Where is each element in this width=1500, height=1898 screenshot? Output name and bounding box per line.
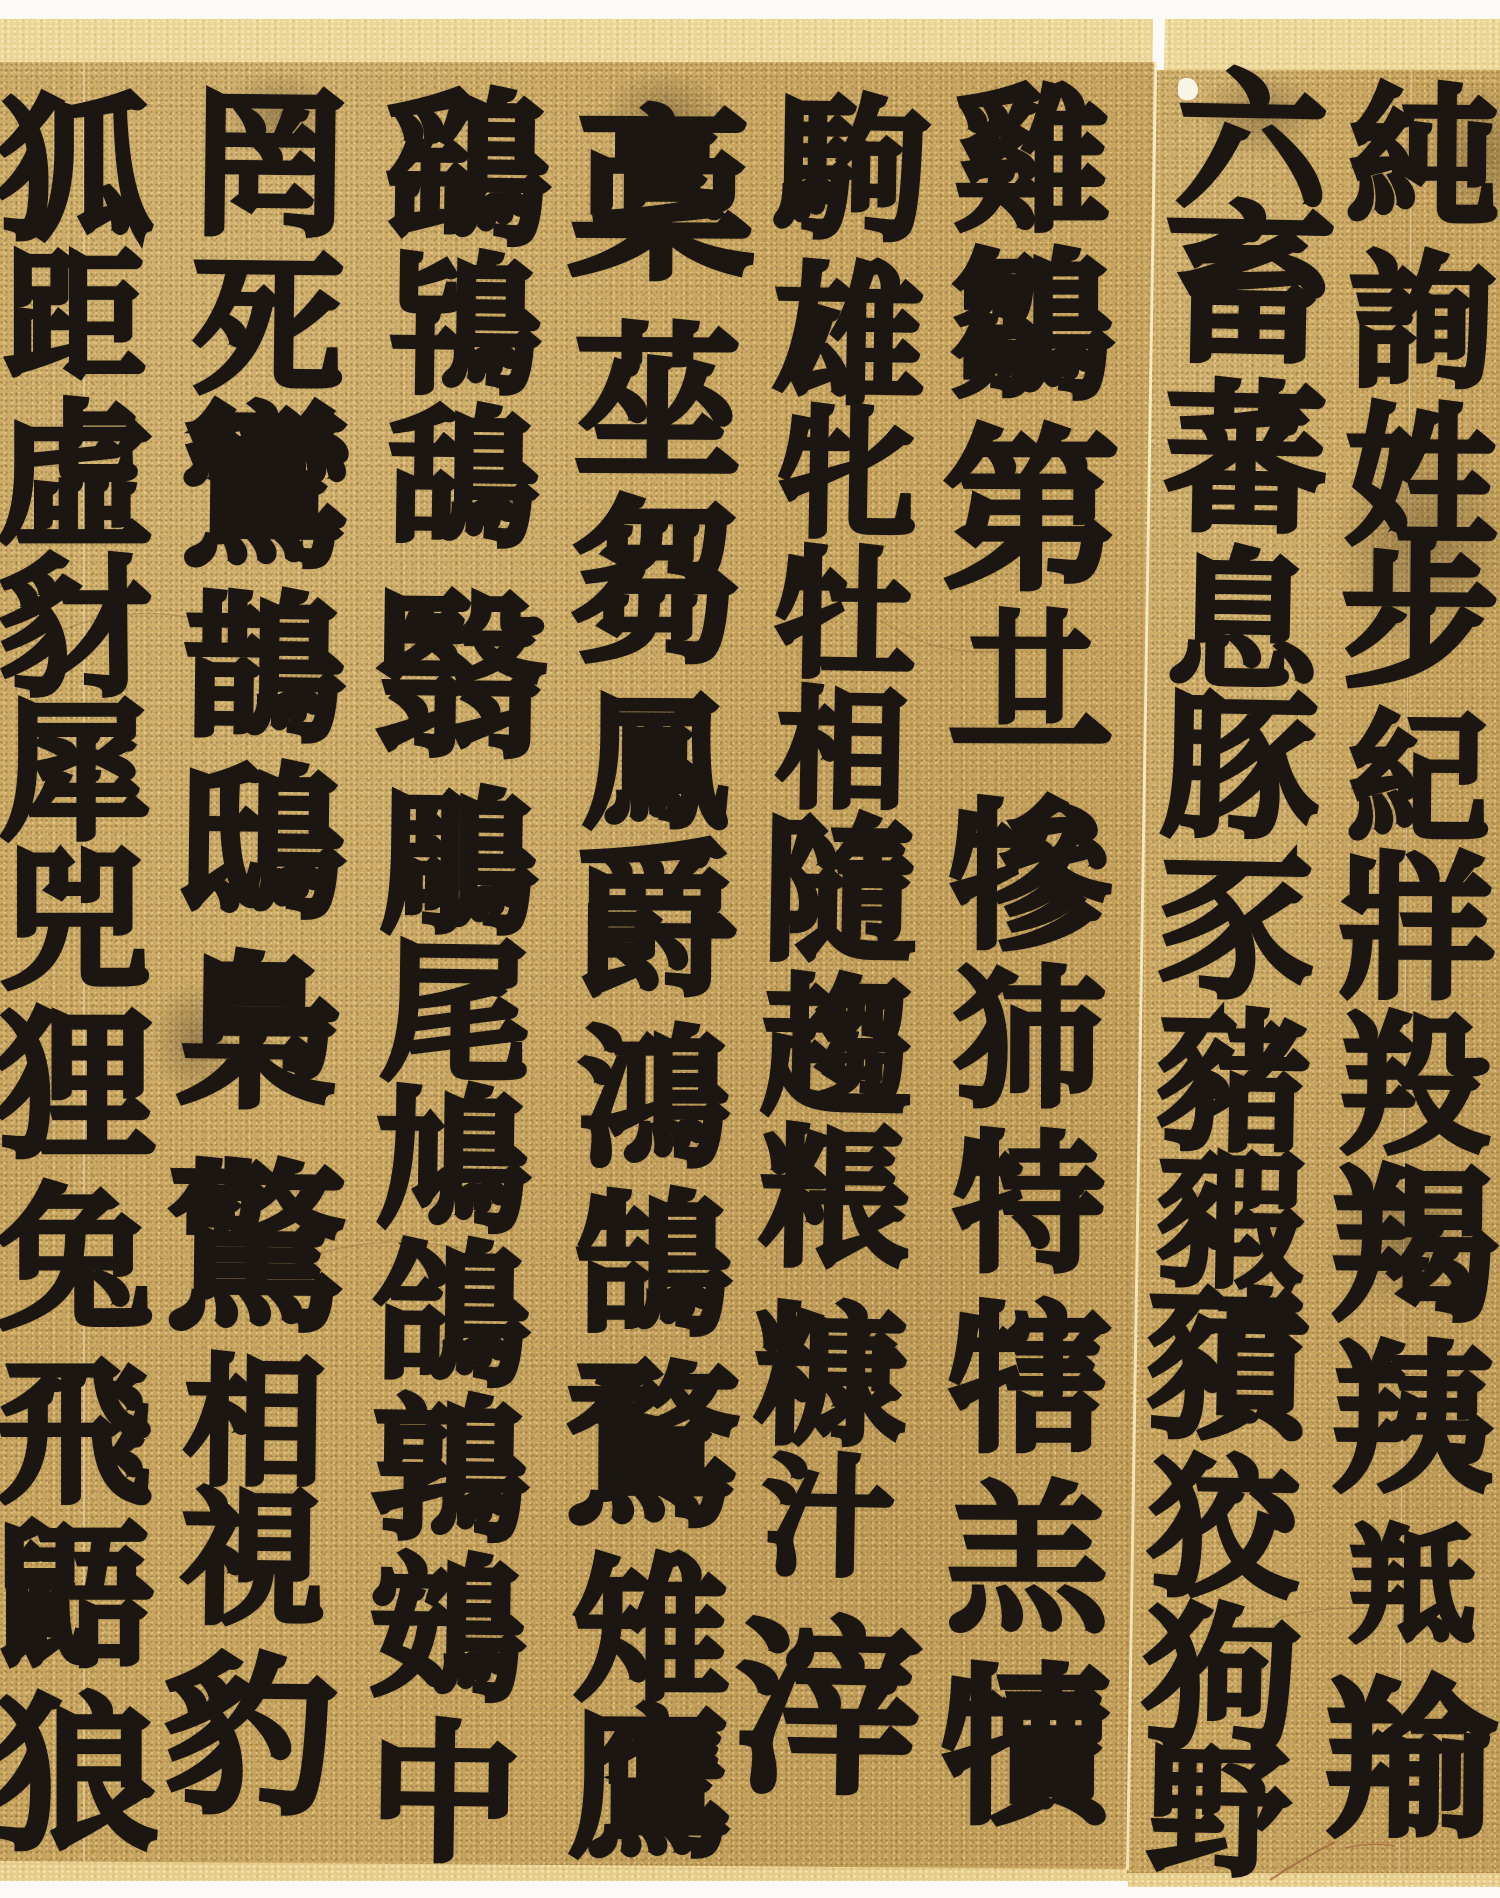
calligraphy-character: 芻: [566, 496, 747, 672]
calligraphy-character: 鼯: [0, 1520, 165, 1675]
calligraphy-character: 羠: [1322, 1339, 1500, 1501]
text-column-6: 鷂 鴇 鴰 翳 鵰 尾 鳩 鴿 鶉 鴳 中: [354, 0, 560, 1898]
calligraphy-character: 莝: [567, 321, 748, 487]
calligraphy-character: 駒: [761, 91, 944, 249]
calligraphy-character: 狡: [1133, 1453, 1316, 1607]
calligraphy-character: 雉: [560, 1552, 741, 1708]
calligraphy-character: 糠: [740, 1301, 923, 1454]
calligraphy-character: 羭: [1320, 1675, 1500, 1847]
calligraphy-character: 鳩: [363, 1083, 545, 1240]
calligraphy-character: 豕: [1145, 849, 1328, 1008]
calligraphy-character: 爵: [564, 838, 745, 1004]
calligraphy-character: 鳳: [565, 691, 746, 837]
text-column-1: 純 詢 姓 步 紀 牂 羖 羯 羠 羝 羭: [1319, 0, 1500, 1898]
calligraphy-character: 飛: [0, 1356, 165, 1511]
calligraphy-character: 犻: [939, 965, 1120, 1116]
text-column-8: 狐 距 虛 豺 犀 兕 狸 兔 飛 鼯 狼: [0, 0, 165, 1898]
calligraphy-character: 豹: [160, 1652, 342, 1824]
calligraphy-character: 罔: [179, 87, 361, 244]
calligraphy-character: 死: [177, 251, 359, 403]
calligraphy-character: 羝: [1321, 1524, 1500, 1651]
calligraphy-character: 犀: [0, 698, 165, 848]
text-column-4: 駒 雄 牝 牡 相 隨 趨 粻 糠 汁 滓: [732, 0, 945, 1898]
calligraphy-character: 鴟: [171, 761, 353, 928]
calligraphy-character: 鴿: [361, 1238, 543, 1395]
calligraphy-character: 狸: [0, 1006, 165, 1166]
calligraphy-character: 隨: [748, 811, 931, 969]
calligraphy-character: 中: [354, 1719, 536, 1871]
calligraphy-character: 牂: [1327, 850, 1500, 1007]
calligraphy-character: 特: [939, 1130, 1120, 1281]
calligraphy-character: 尾: [365, 938, 547, 1090]
calligraphy-character: 鵲: [173, 589, 355, 751]
calligraphy-character: 牝: [755, 404, 937, 547]
calligraphy-character: 牡: [753, 544, 935, 687]
calligraphy-character: 狼: [0, 1693, 165, 1858]
calligraphy-character: 犗: [938, 1300, 1119, 1461]
calligraphy-character: 鶵: [942, 247, 1123, 408]
calligraphy-character: 犢: [937, 1663, 1118, 1834]
calligraphy-character: 驚: [166, 1160, 348, 1342]
calligraphy-character: 汁: [737, 1451, 919, 1584]
calligraphy-character: 鵰: [367, 785, 549, 942]
calligraphy-character: 鴰: [372, 404, 554, 556]
calligraphy-character: 紀: [1328, 709, 1500, 851]
calligraphy-character: 粻: [743, 1123, 926, 1276]
calligraphy-character: 豶: [1136, 1285, 1319, 1449]
text-column-2: 六 畜 蕃 息 豚 豕 豬 豭 豶 狡 狗 野: [1127, 0, 1345, 1898]
calligraphy-character: 犙: [940, 797, 1121, 958]
calligraphy-character: 畜: [1158, 200, 1341, 374]
calligraphy-character: 鴳: [356, 1552, 538, 1709]
calligraphy-character: 詢: [1332, 250, 1500, 397]
calligraphy-character: 趨: [745, 972, 928, 1125]
section-heading-character: 第: [941, 425, 1122, 601]
calligraphy-character: 兔: [0, 1182, 165, 1337]
calligraphy-character: 距: [0, 248, 165, 388]
calligraphy-character: 鴇: [374, 251, 556, 403]
calligraphy-character: 鶩: [561, 1360, 742, 1536]
calligraphy-character: 步: [1329, 538, 1500, 695]
calligraphy-character: 羯: [1324, 1164, 1500, 1331]
calligraphy-character: 滓: [734, 1616, 917, 1804]
text-column-3: 雞 鶵 第 廿 一 犙 犻 特 犗 羔 犢: [936, 0, 1123, 1898]
calligraphy-character: 鸞: [175, 401, 357, 578]
calligraphy-character: 視: [162, 1487, 344, 1634]
calligraphy-character: 翳: [369, 590, 551, 767]
calligraphy-character: 狐: [0, 92, 165, 247]
calligraphy-character: 稾: [568, 104, 749, 290]
calligraphy-character: 鴻: [563, 1024, 744, 1175]
calligraphy-character: 鷹: [560, 1704, 741, 1865]
calligraphy-character: 雞: [942, 84, 1123, 240]
calligraphy-character: 羔: [937, 1480, 1118, 1641]
calligraphy-character: 羖: [1325, 1011, 1500, 1163]
calligraphy-character: 梟: [168, 951, 350, 1118]
calligraphy-character: 雄: [758, 260, 941, 413]
calligraphy-character: 豺: [0, 554, 165, 704]
text-column-5: 稾 莝 芻 鳳 爵 鴻 鵠 鶩 雉 鷹: [559, 0, 750, 1898]
calligraphy-character: 鵠: [563, 1187, 744, 1343]
calligraphy-character: 野: [1127, 1742, 1310, 1886]
calligraphy-character: 虛: [0, 398, 165, 553]
text-column-7: 罔 死 鸞 鵲 鴟 梟 驚 相 視 豹: [159, 0, 362, 1898]
calligraphy-character: 鶉: [358, 1393, 540, 1550]
calligraphy-character: 鷂: [376, 87, 558, 254]
calligraphy-character: 兕: [0, 847, 165, 997]
calligraphy-character: 蕃: [1154, 378, 1337, 542]
calligraphy-character: 豚: [1148, 688, 1331, 847]
calligraphy-character: 純: [1333, 82, 1500, 234]
